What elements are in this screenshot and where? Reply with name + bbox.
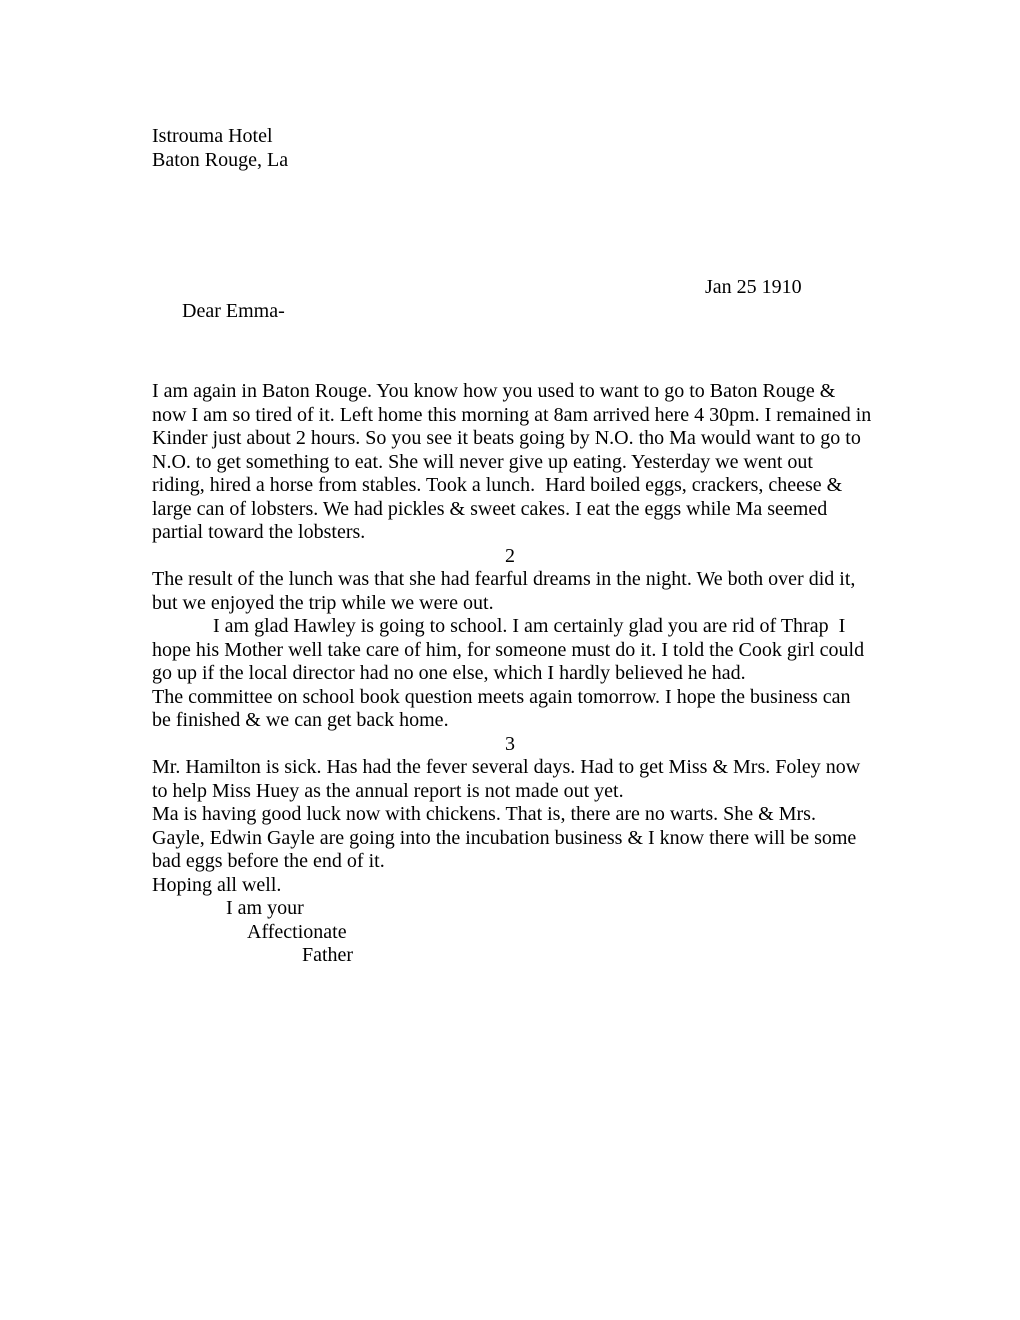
letter-page: Istrouma Hotel Baton Rouge, La Dear Emma…	[0, 0, 1020, 1320]
body-line: now I am so tired of it. Left home this …	[152, 404, 868, 428]
salutation-row: Dear Emma- Jan 25 1910	[152, 276, 868, 370]
signature-line: I am your	[152, 897, 868, 921]
letter-body: I am again in Baton Rouge. You know how …	[152, 380, 868, 968]
body-line: The result of the lunch was that she had…	[152, 568, 868, 592]
body-line-indented: I am glad Hawley is going to school. I a…	[152, 615, 868, 639]
body-line: Mr. Hamilton is sick. Has had the fever …	[152, 756, 868, 780]
closing-line: Hoping all well.	[152, 874, 868, 898]
page-number-3: 3	[152, 733, 868, 757]
signature-line: Affectionate	[152, 921, 868, 945]
body-line: bad eggs before the end of it.	[152, 850, 868, 874]
body-line: The committee on school book question me…	[152, 686, 868, 710]
letter-date: Jan 25 1910	[705, 276, 802, 300]
body-line: to help Miss Huey as the annual report i…	[152, 780, 868, 804]
body-line: Ma is having good luck now with chickens…	[152, 803, 868, 827]
signature-line: Father	[152, 944, 868, 968]
body-line: be finished & we can get back home.	[152, 709, 868, 733]
greeting: Dear Emma-	[182, 300, 285, 322]
body-line: I am again in Baton Rouge. You know how …	[152, 380, 868, 404]
body-line: but we enjoyed the trip while we were ou…	[152, 592, 868, 616]
letter-content: Istrouma Hotel Baton Rouge, La Dear Emma…	[152, 0, 868, 968]
body-line: Kinder just about 2 hours. So you see it…	[152, 427, 868, 451]
body-line: Gayle, Edwin Gayle are going into the in…	[152, 827, 868, 851]
body-line: hope his Mother well take care of him, f…	[152, 639, 868, 663]
body-line: partial toward the lobsters.	[152, 521, 868, 545]
body-line: riding, hired a horse from stables. Took…	[152, 474, 868, 498]
body-line: go up if the local director had no one e…	[152, 662, 868, 686]
page-number-2: 2	[152, 545, 868, 569]
letterhead: Istrouma Hotel Baton Rouge, La	[152, 0, 868, 172]
letterhead-hotel: Istrouma Hotel	[152, 125, 868, 149]
body-line: large can of lobsters. We had pickles & …	[152, 498, 868, 522]
letterhead-city: Baton Rouge, La	[152, 149, 868, 173]
body-line: N.O. to get something to eat. She will n…	[152, 451, 868, 475]
